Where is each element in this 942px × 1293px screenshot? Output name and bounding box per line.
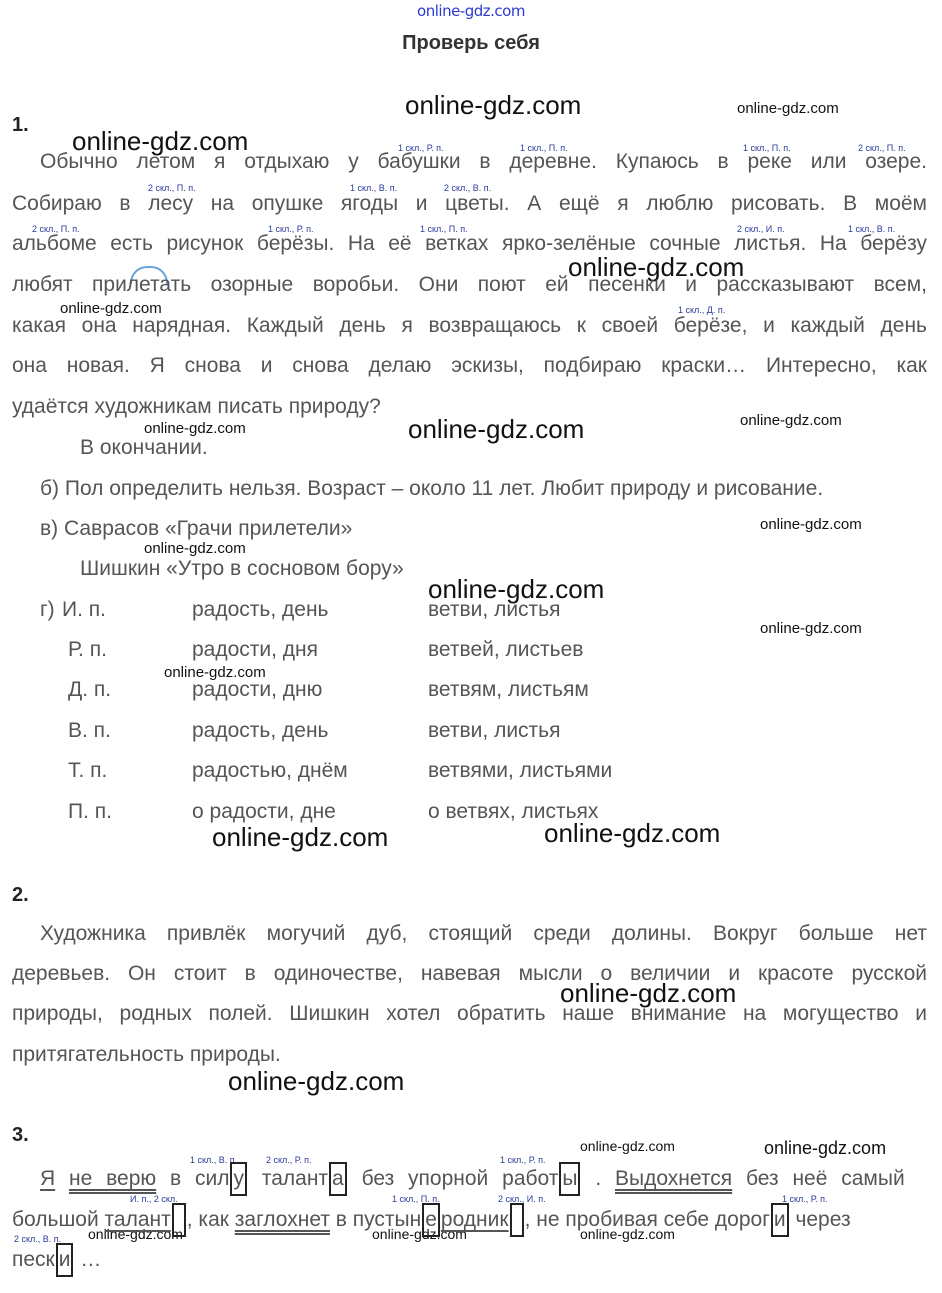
subject: родник [441,1208,509,1231]
word: талант [105,1208,187,1231]
task3-line-2: большой талант , как заглохнет в пустыне… [12,1203,851,1237]
predicate: Выдохнется [615,1167,732,1190]
word: работы [502,1167,581,1190]
watermark: online-gdz.com [212,822,388,853]
ending-box: а [329,1162,347,1196]
text-line: любят прилетать озорные воробьи. Они пою… [12,273,927,297]
watermark: online-gdz.com [228,1066,404,1097]
task-number: 3. [12,1124,29,1147]
watermark: online-gdz.com [764,1138,886,1159]
word: в пустыне [336,1208,441,1231]
ending-box: ы [559,1162,580,1196]
text-line: альбоме есть рисунок берёзы. На её ветка… [12,232,927,256]
singular-forms: радость, день [192,598,329,622]
case-label: Т. п. [68,759,107,783]
answer-a: В окончании. [80,436,208,460]
plural-forms: ветви, листья [428,598,561,622]
case-label: Р. п. [68,638,107,662]
watermark: online-gdz.com [408,414,584,445]
case-label: П. п. [68,800,112,824]
singular-forms: радостью, днём [192,759,348,783]
case-label: Д. п. [68,678,111,702]
text-line: Собираю в лесу на опушке ягоды и цветы. … [12,192,927,216]
watermark: online-gdz.com [760,516,862,533]
task3-line-3: пески … [12,1243,101,1277]
text-line: деревьев. Он стоит в одиночестве, навева… [12,962,927,986]
task3-line-1: Я не верю в силу таланта без упорной раб… [40,1162,905,1196]
watermark: online-gdz.com [144,540,246,557]
text-line: удаётся художникам писать природу? [12,395,381,419]
ending-box: и [56,1243,74,1277]
plural-forms: о ветвях, листьях [428,800,598,824]
singular-forms: радость, день [192,719,329,743]
word: силу [195,1167,248,1190]
ending-box [510,1203,524,1237]
answer-v2: Шишкин «Утро в сосновом бору» [80,557,404,581]
answer-g-label: г) [40,598,55,622]
case-label: В. п. [68,719,111,743]
text-line: притягательность природы. [12,1043,281,1067]
watermark: online-gdz.com [760,620,862,637]
singular-forms: радости, дня [192,638,318,662]
text-line: Художника привлёк могучий дуб, стоящий с… [40,922,927,946]
ending-box: у [230,1162,247,1196]
plural-forms: ветвей, листьев [428,638,583,662]
text-line: Обычно летом я отдыхаю у бабушки в дерев… [40,150,927,174]
watermark: online-gdz.com [144,420,246,437]
task-number: 2. [12,884,29,907]
predicate: заглохнет [235,1208,330,1231]
watermark: online-gdz.com [405,90,581,121]
page-title: Проверь себя [0,32,942,55]
watermark: online-gdz.com [740,412,842,429]
word: родник [441,1208,525,1231]
plural-forms: ветви, листья [428,719,561,743]
ending-box [172,1203,186,1237]
singular-forms: о радости, дне [192,800,336,824]
text-line: какая она нарядная. Каждый день я возвра… [12,314,927,338]
case-label: И. п. [62,598,106,622]
task-number: 1. [12,114,29,137]
subject: талант [105,1208,171,1231]
plural-forms: ветвям, листьям [428,678,589,702]
watermark: online-gdz.com [580,1138,675,1154]
answer-v1: в) Саврасов «Грачи прилетели» [40,517,352,541]
watermark: online-gdz.com [737,100,839,117]
singular-forms: радости, дню [192,678,322,702]
subject: Я [40,1167,55,1190]
ending-box: и [771,1203,789,1237]
word: таланта [262,1167,348,1190]
ending-box: е [422,1203,440,1237]
text-line: природы, родных полей. Шишкин хотел обра… [12,1002,927,1026]
predicate: не верю [69,1167,156,1190]
answer-b: б) Пол определить нельзя. Возраст – окол… [40,477,823,501]
site-watermark-top: online-gdz.com [0,2,942,20]
plural-forms: ветвями, листьями [428,759,612,783]
text-line: она новая. Я снова и снова делаю эскизы,… [12,354,927,378]
